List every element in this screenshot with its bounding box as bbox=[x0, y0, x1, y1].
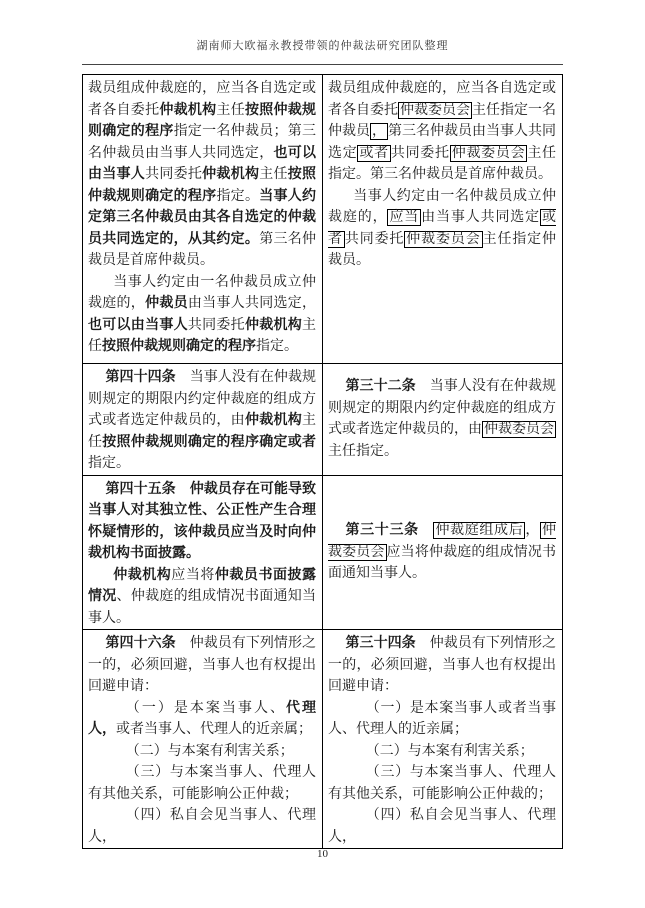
paragraph: （四）私自会见当事人、代理人， bbox=[88, 805, 316, 848]
boxed-text-run: 或者 bbox=[357, 145, 390, 162]
text-run: 第三十三条 bbox=[346, 523, 419, 538]
text-run: （一）是本案当事人、 bbox=[126, 701, 286, 716]
text-run: 指定。 bbox=[88, 456, 130, 471]
paragraph: 第三十四条 仲裁员有下列情形之一的，必须回避，当事人也有权提出回避申请： bbox=[328, 633, 556, 698]
paragraph: 当事人约定由一名仲裁员成立仲裁庭的，应当由当事人共同选定或者共同委托仲裁委员会主… bbox=[328, 186, 556, 272]
text-run: 按照仲裁规则确定的程序 bbox=[102, 339, 256, 354]
text-run: 主任 bbox=[216, 103, 245, 118]
text-run: （四）私自会见当事人、代理人， bbox=[88, 808, 316, 845]
text-run bbox=[419, 523, 434, 538]
text-run: ， bbox=[525, 523, 540, 538]
text-run: （三）与本案当事人、代理人有其他关系，可能影响公正仲裁； bbox=[88, 765, 316, 802]
paragraph: 第四十四条 当事人没有在仲裁规则规定的期限内约定仲裁庭的组成方式或者选定仲裁员的… bbox=[88, 367, 316, 475]
text-run: 第三十二条 bbox=[346, 379, 416, 394]
text-run: 或者当事人、代理人的近亲属； bbox=[116, 722, 312, 737]
text-run: （二）与本案有利害关系； bbox=[366, 744, 534, 759]
text-run: 第三十四条 bbox=[346, 636, 416, 651]
text-run: 应当将 bbox=[171, 568, 215, 583]
cell-law-art-31: 裁员组成仲裁庭的，应当各自选定或者各自委托仲裁委员会主任指定一名仲裁员，第三名仲… bbox=[323, 75, 563, 364]
boxed-text-run: 仲裁委员会 bbox=[482, 421, 556, 438]
boxed-text-run: 应当 bbox=[387, 209, 421, 226]
text-run: 共同委托 bbox=[145, 167, 202, 182]
text-run: （二）与本案有利害关系； bbox=[126, 744, 294, 759]
paragraph: （二）与本案有利害关系； bbox=[88, 741, 316, 763]
text-run: 仲裁机构 bbox=[159, 103, 216, 118]
text-run: 仲裁机构 bbox=[245, 318, 302, 333]
text-run: 仲裁员 bbox=[145, 296, 188, 311]
paragraph: 裁员组成仲裁庭的，应当各自选定或者各自委托仲裁委员会主任指定一名仲裁员，第三名仲… bbox=[328, 78, 556, 186]
text-run: 主任 bbox=[259, 167, 288, 182]
table-row: 第四十四条 当事人没有在仲裁规则规定的期限内约定仲裁庭的组成方式或者选定仲裁员的… bbox=[83, 364, 563, 476]
page-number: 10 bbox=[0, 848, 645, 860]
cell-law-art-34: 第三十四条 仲裁员有下列情形之一的，必须回避，当事人也有权提出回避申请：（一）是… bbox=[323, 630, 563, 849]
text-run: 仲裁机构 bbox=[202, 167, 259, 182]
cell-law-art-32: 第三十二条 当事人没有在仲裁规则规定的期限内约定仲裁庭的组成方式或者选定仲裁员的… bbox=[323, 364, 563, 476]
text-run: 主任指定。 bbox=[328, 444, 398, 459]
boxed-text-run: ， bbox=[370, 123, 388, 140]
text-run: （三）与本案当事人、代理人有其他关系，可能影响公正仲裁的； bbox=[328, 765, 556, 802]
table-row: 第四十六条 仲裁员有下列情形之一的，必须回避，当事人也有权提出回避申请：（一）是… bbox=[83, 630, 563, 849]
page-header: 湖南师大欧福永教授带领的仲裁法研究团队整理 bbox=[82, 37, 563, 65]
text-run: 第四十四条 bbox=[106, 370, 176, 385]
cell-law-art-33: 第三十三条 仲裁庭组成后，仲裁委员会应当将仲裁庭的组成情况书面通知当事人。 bbox=[323, 475, 563, 630]
boxed-text-run: 仲裁委员会 bbox=[404, 231, 482, 248]
text-run: 、仲裁庭的组成情况书面通知当事人。 bbox=[88, 589, 316, 626]
text-run: 共同委托 bbox=[188, 318, 245, 333]
text-run: （一）是本案当事人或者当事人、代理人的近亲属； bbox=[328, 701, 556, 738]
text-run: 共同委托 bbox=[345, 232, 404, 247]
paragraph: 第三十二条 当事人没有在仲裁规则规定的期限内约定仲裁庭的组成方式或者选定仲裁员的… bbox=[328, 376, 556, 462]
paragraph: （四）私自会见当事人、代理人， bbox=[328, 805, 556, 848]
cell-draft-art-45: 第四十五条 仲裁员存在可能导致当事人对其独立性、公正性产生合理怀疑情形的，该仲裁… bbox=[83, 475, 323, 630]
paragraph: 第四十六条 仲裁员有下列情形之一的，必须回避，当事人也有权提出回避申请： bbox=[88, 633, 316, 698]
paragraph: （三）与本案当事人、代理人有其他关系，可能影响公正仲裁的； bbox=[328, 762, 556, 805]
text-run: 共同委托 bbox=[391, 146, 450, 161]
boxed-text-run: 仲裁委员会 bbox=[398, 102, 472, 119]
paragraph: （一）是本案当事人、代理人，或者当事人、代理人的近亲属； bbox=[88, 698, 316, 741]
paragraph: 仲裁机构应当将仲裁员书面披露情况、仲裁庭的组成情况书面通知当事人。 bbox=[88, 565, 316, 630]
comparison-table: 裁员组成仲裁庭的，应当各自选定或者各自委托仲裁机构主任按照仲裁规则确定的程序指定… bbox=[82, 74, 563, 849]
cell-draft-art-44: 第四十四条 当事人没有在仲裁规则规定的期限内约定仲裁庭的组成方式或者选定仲裁员的… bbox=[83, 364, 323, 476]
text-run: 第四十五条 仲裁员存在可能导致当事人对其独立性、公正性产生合理怀疑情形的，该仲裁… bbox=[88, 482, 316, 562]
paragraph: 第四十五条 仲裁员存在可能导致当事人对其独立性、公正性产生合理怀疑情形的，该仲裁… bbox=[88, 479, 316, 565]
paragraph: （二）与本案有利害关系； bbox=[328, 741, 556, 763]
text-run: 由当事人共同选定 bbox=[421, 210, 540, 225]
text-run: 按照仲裁规则确定的程序确定或者 bbox=[102, 435, 316, 450]
paragraph: 裁员组成仲裁庭的，应当各自选定或者各自委托仲裁机构主任按照仲裁规则确定的程序指定… bbox=[88, 78, 316, 272]
paragraph: （三）与本案当事人、代理人有其他关系，可能影响公正仲裁； bbox=[88, 762, 316, 805]
boxed-text-run: 仲裁委员会 bbox=[450, 145, 528, 162]
table-row: 第四十五条 仲裁员存在可能导致当事人对其独立性、公正性产生合理怀疑情形的，该仲裁… bbox=[83, 475, 563, 630]
text-run: 由当事人共同选定， bbox=[188, 296, 316, 311]
text-run: 指定。 bbox=[256, 339, 298, 354]
text-run: 第四十六条 bbox=[106, 636, 176, 651]
text-run: 仲裁机构 bbox=[245, 413, 302, 428]
paragraph: （一）是本案当事人或者当事人、代理人的近亲属； bbox=[328, 698, 556, 741]
paragraph: 第三十三条 仲裁庭组成后，仲裁委员会应当将仲裁庭的组成情况书面通知当事人。 bbox=[328, 520, 556, 585]
table-row: 裁员组成仲裁庭的，应当各自选定或者各自委托仲裁机构主任按照仲裁规则确定的程序指定… bbox=[83, 75, 563, 364]
text-run: 指定。 bbox=[216, 189, 259, 204]
text-run: （四）私自会见当事人、代理人， bbox=[328, 808, 556, 845]
cell-draft-art-46: 第四十六条 仲裁员有下列情形之一的，必须回避，当事人也有权提出回避申请：（一）是… bbox=[83, 630, 323, 849]
text-run: 仲裁机构 bbox=[113, 568, 171, 583]
cell-draft-art-43: 裁员组成仲裁庭的，应当各自选定或者各自委托仲裁机构主任按照仲裁规则确定的程序指定… bbox=[83, 75, 323, 364]
text-run: 也可以由当事人 bbox=[88, 318, 188, 333]
boxed-text-run: 仲裁庭组成后 bbox=[433, 522, 525, 539]
paragraph: 当事人约定由一名仲裁员成立仲裁庭的，仲裁员由当事人共同选定，也可以由当事人共同委… bbox=[88, 272, 316, 358]
document-page: 湖南师大欧福永教授带领的仲裁法研究团队整理 裁员组成仲裁庭的，应当各自选定或者各… bbox=[0, 0, 645, 908]
